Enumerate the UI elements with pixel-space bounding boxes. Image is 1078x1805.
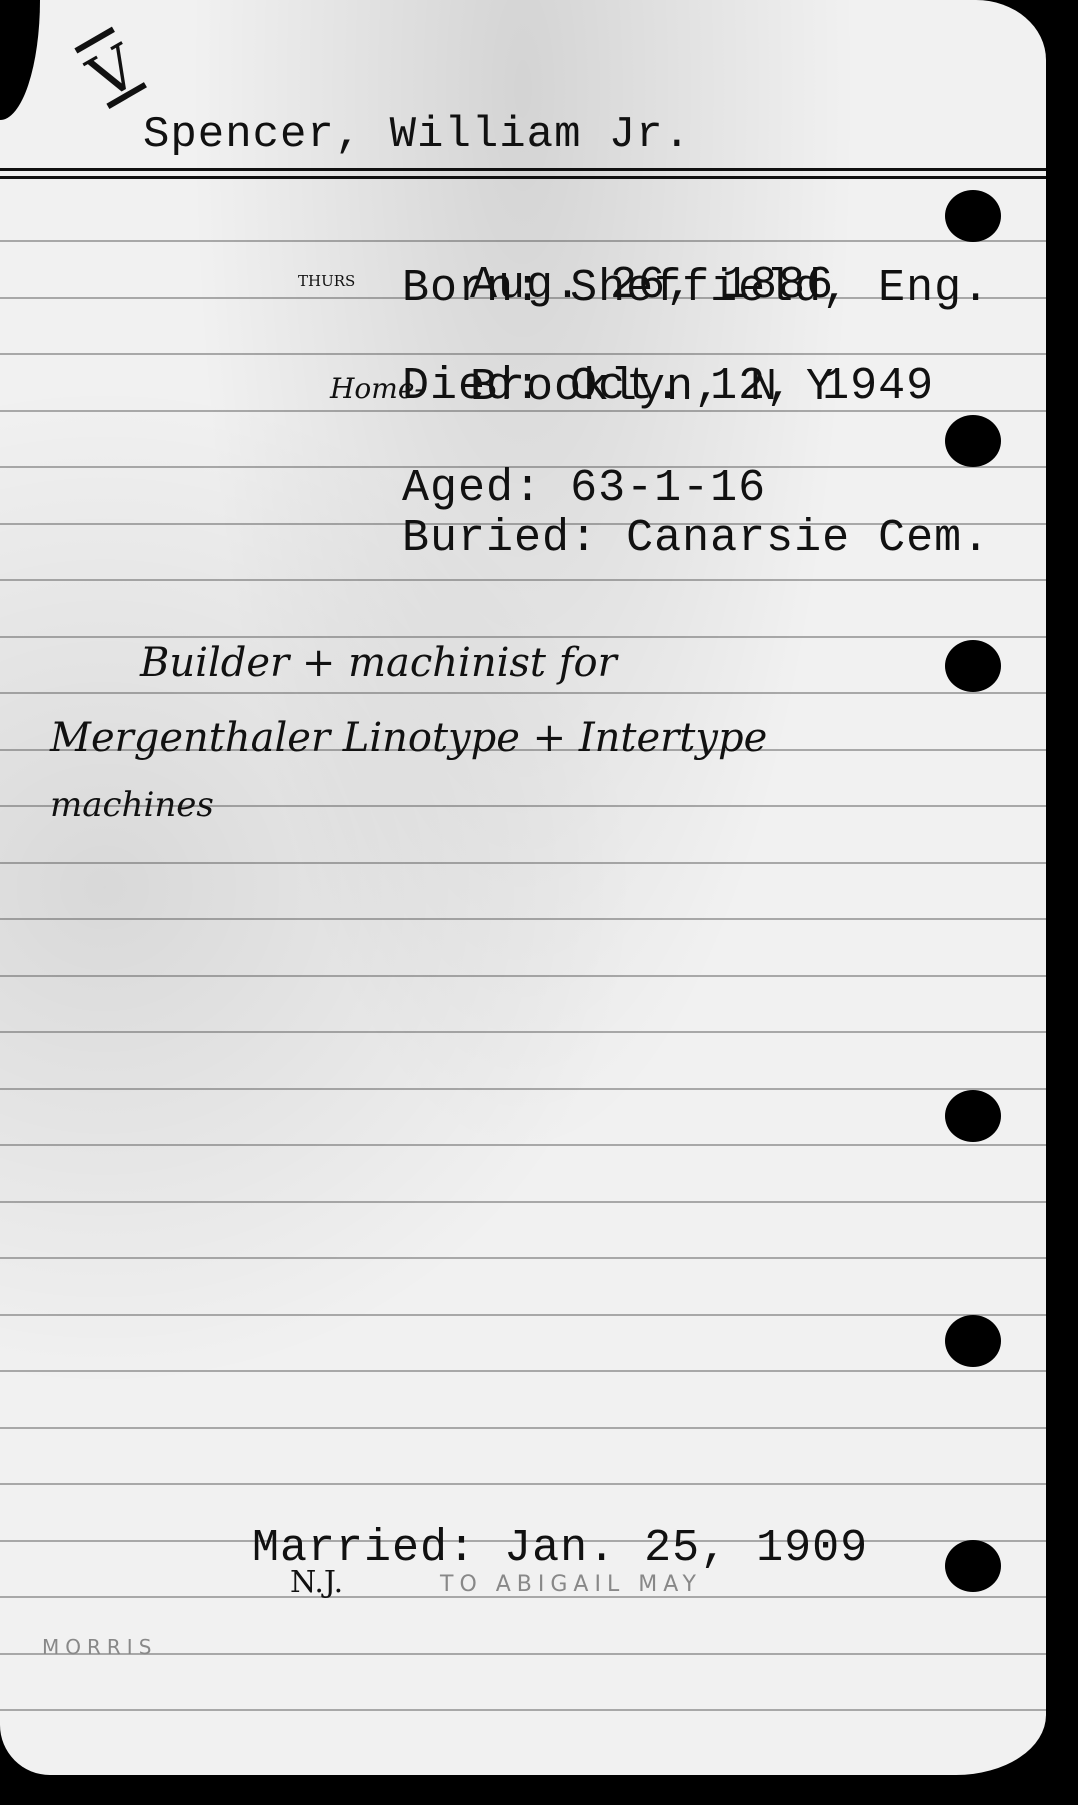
ruled-line — [0, 1427, 1046, 1429]
ruled-line — [0, 1709, 1046, 1711]
married-place: N.J. — [290, 1565, 343, 1600]
punch-hole — [945, 640, 1001, 692]
ruled-line — [0, 692, 1046, 694]
ruled-line — [0, 1370, 1046, 1372]
ruled-line — [0, 1088, 1046, 1090]
ruled-line — [0, 918, 1046, 920]
ruled-line — [0, 1314, 1046, 1316]
ruled-line — [0, 636, 1046, 638]
annotation-thurs: THURS — [298, 272, 355, 290]
field-label: Buried: — [402, 513, 598, 564]
ruled-line — [0, 862, 1046, 864]
field-value: Canarsie Cem. — [626, 513, 990, 564]
ruled-line — [0, 1144, 1046, 1146]
ruled-line — [0, 1201, 1046, 1203]
note-line-3: machines — [50, 785, 214, 825]
note-line-2: Mergenthaler Linotype + Intertype — [50, 715, 767, 761]
field-died-place: Brooklyn, N Y — [470, 362, 834, 413]
punch-hole — [945, 415, 1001, 467]
field-born-date: Aug. 26, 1886 — [470, 260, 834, 311]
field-value: Jan. 25, 1909 — [504, 1523, 868, 1574]
married-to-cont: MORRIS — [42, 1635, 157, 1659]
ruled-line — [0, 1257, 1046, 1259]
punch-hole — [945, 1090, 1001, 1142]
field-married: Married: Jan. 25, 1909 — [140, 1472, 868, 1625]
header-rule-top — [0, 168, 1046, 171]
ruled-line — [0, 975, 1046, 977]
annotation-home: Home- — [330, 372, 424, 405]
header-rule-bottom — [0, 176, 1046, 179]
note-line-1: Builder + machinist for — [140, 640, 617, 686]
corner-mark: V — [77, 32, 150, 114]
punch-hole — [945, 190, 1001, 242]
card-corner-notch — [0, 0, 40, 120]
ruled-line — [0, 1031, 1046, 1033]
married-to: TO ABIGAIL MAY — [440, 1572, 702, 1597]
field-label: Married: — [252, 1523, 476, 1574]
punch-hole — [945, 1315, 1001, 1367]
punch-hole — [945, 1540, 1001, 1592]
field-buried: Buried: Canarsie Cem. — [290, 462, 990, 615]
card-name: Spencer, William Jr. — [143, 110, 691, 160]
index-card: V Spencer, William Jr. Born: Sheffield, … — [0, 0, 1046, 1775]
